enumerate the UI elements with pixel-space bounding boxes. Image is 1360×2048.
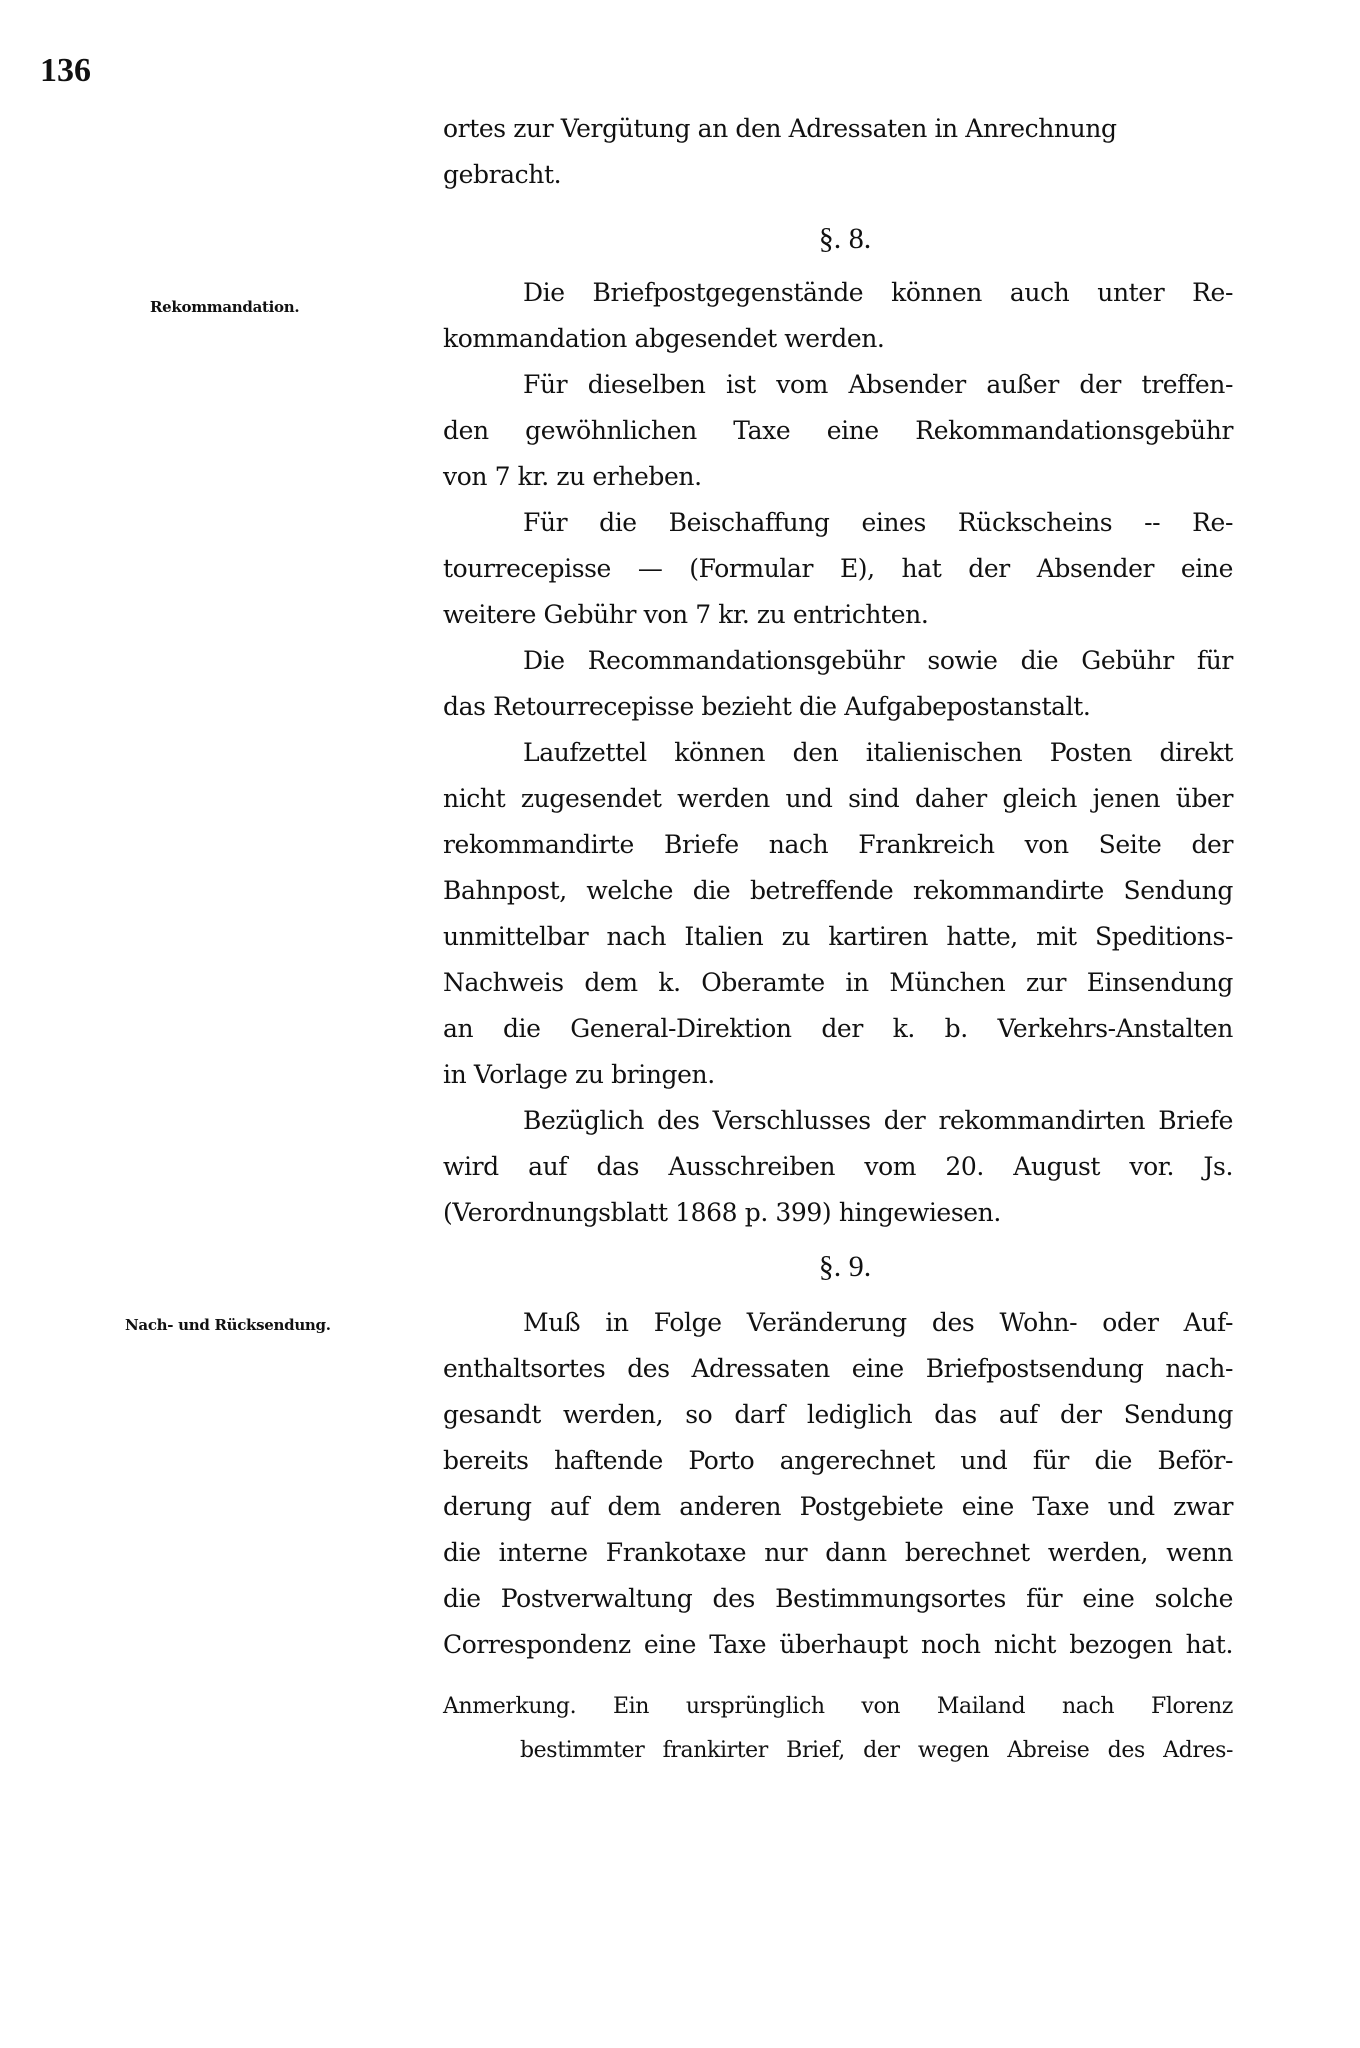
- text-line: unmittelbar nach Italien zu kartiren hat…: [443, 920, 1233, 954]
- text-line: tourrecepisse — (Formular E), hat der Ab…: [443, 552, 1233, 586]
- text-line: Correspondenz eine Taxe überhaupt noch n…: [443, 1628, 1233, 1662]
- text-line: enthaltsortes des Adressaten eine Briefp…: [443, 1352, 1233, 1386]
- margin-note-rekommandation: Rekommandation.: [150, 298, 299, 316]
- text-line: Die Briefpostgegenstände können auch unt…: [443, 276, 1233, 310]
- text-line: Bezüglich des Verschlusses der rekommand…: [443, 1104, 1233, 1138]
- text-line: wird auf das Ausschreiben vom 20. August…: [443, 1150, 1233, 1184]
- text-line: Die Recommandationsgebühr sowie die Gebü…: [443, 644, 1233, 678]
- text-line: das Retourrecepisse bezieht die Aufgabep…: [443, 690, 1233, 724]
- text-line: kommandation abgesendet werden.: [443, 322, 1233, 356]
- annotation-line: bestimmter frankirter Brief, der wegen A…: [520, 1734, 1233, 1768]
- text-line: nicht zugesendet werden und sind daher g…: [443, 782, 1233, 816]
- text-line: Laufzettel können den italienischen Post…: [443, 736, 1233, 770]
- text-line: in Vorlage zu bringen.: [443, 1058, 1233, 1092]
- text-line: Für die Beischaffung eines Rückscheins -…: [443, 506, 1233, 540]
- text-line: von 7 kr. zu erheben.: [443, 460, 1233, 494]
- text-line: bereits haftende Porto angerechnet und f…: [443, 1444, 1233, 1478]
- text-line: Bahnpost, welche die betreffende rekomma…: [443, 874, 1233, 908]
- text-line: Für dieselben ist vom Absender außer der…: [443, 368, 1233, 402]
- text-line: ortes zur Vergütung an den Adressaten in…: [443, 112, 1233, 146]
- text-line: an die General-Direktion der k. b. Verke…: [443, 1012, 1233, 1046]
- text-line: derung auf dem anderen Postgebiete eine …: [443, 1490, 1233, 1524]
- text-line: die Postverwaltung des Bestimmungsortes …: [443, 1582, 1233, 1616]
- annotation-line: Anmerkung. Ein ursprünglich von Mailand …: [443, 1690, 1233, 1724]
- text-line: gesandt werden, so darf lediglich das au…: [443, 1398, 1233, 1432]
- text-line: gebracht.: [443, 158, 1233, 192]
- text-line: weitere Gebühr von 7 kr. zu entrichten.: [443, 598, 1233, 632]
- margin-note-nach-und-ruecksendung: Nach- und Rücksendung.: [125, 1316, 331, 1334]
- section-heading-9: §. 9.: [0, 1250, 1360, 1284]
- text-line: den gewöhnlichen Taxe eine Rekommandatio…: [443, 414, 1233, 448]
- text-line: Nachweis dem k. Oberamte in München zur …: [443, 966, 1233, 1000]
- section-heading-8: §. 8.: [0, 222, 1360, 256]
- text-line: (Verordnungsblatt 1868 p. 399) hingewies…: [443, 1196, 1233, 1230]
- text-line: die interne Frankotaxe nur dann berechne…: [443, 1536, 1233, 1570]
- page-number: 136: [40, 52, 91, 90]
- text-line: rekommandirte Briefe nach Frankreich von…: [443, 828, 1233, 862]
- text-line: Muß in Folge Veränderung des Wohn- oder …: [443, 1306, 1233, 1340]
